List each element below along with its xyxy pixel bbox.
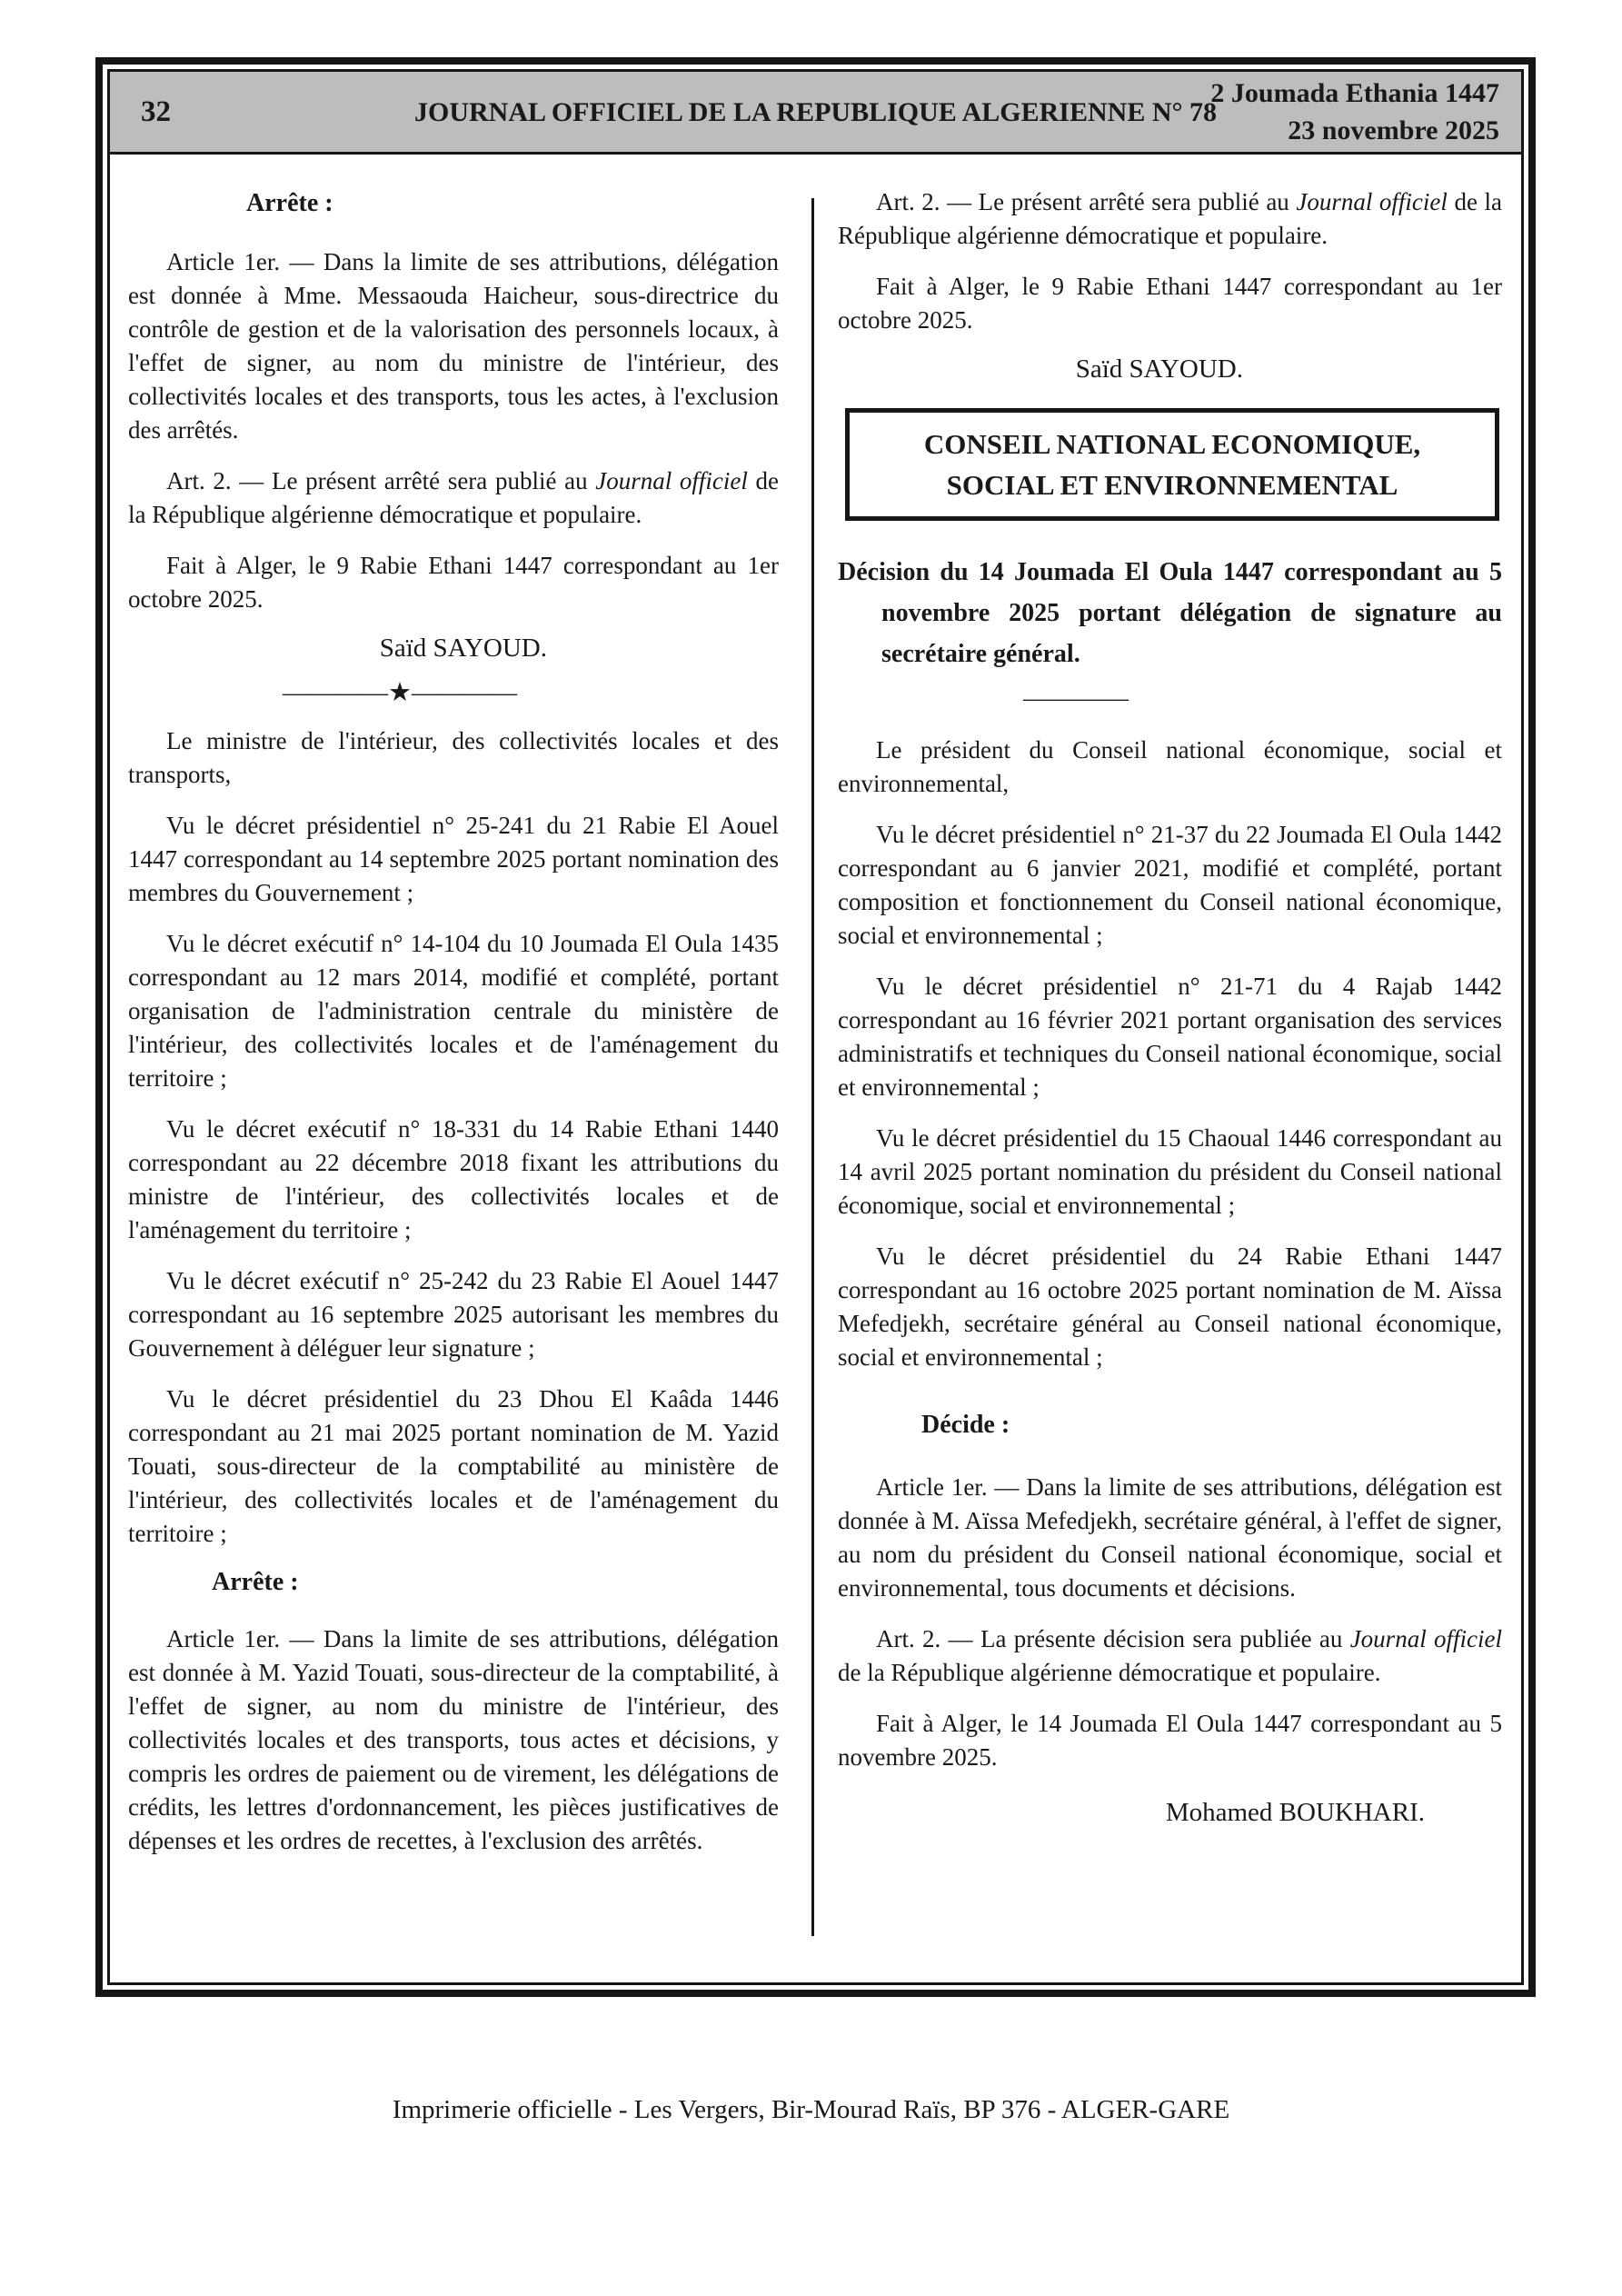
arrete-heading: Arrête : — [212, 1568, 779, 1597]
journal-page: 32 JOURNAL OFFICIEL DE LA REPUBLIQUE ALG… — [0, 0, 1622, 2296]
hijri-date: 2 Joumada Ethania 1447 — [1210, 75, 1499, 112]
fait-a-alger-paragraph: Fait à Alger, le 14 Joumada El Oula 1447… — [838, 1707, 1502, 1774]
article-2-text: Art. 2. — La présente décision sera publ… — [876, 1625, 1350, 1652]
article-2-text-end: de la République algérienne démocratique… — [838, 1659, 1381, 1686]
vu-paragraph: Vu le décret présidentiel du 23 Dhou El … — [128, 1383, 779, 1551]
vu-paragraph: Vu le décret présidentiel du 15 Chaoual … — [838, 1122, 1502, 1223]
signature-boukhari: Mohamed BOUKHARI. — [838, 1798, 1502, 1828]
vu-paragraph: Vu le décret présidentiel du 24 Rabie Et… — [838, 1240, 1502, 1374]
decide-heading: Décide : — [921, 1411, 1502, 1440]
signature-sayoud: Saïd SAYOUD. — [838, 354, 1502, 384]
column-divider — [811, 198, 814, 1936]
article-1-paragraph: Article 1er. — Dans la limite de ses att… — [838, 1471, 1502, 1605]
vu-paragraph: Vu le décret exécutif n° 18-331 du 14 Ra… — [128, 1113, 779, 1247]
page-frame-inner: 32 JOURNAL OFFICIEL DE LA REPUBLIQUE ALG… — [107, 69, 1524, 1985]
journal-officiel-italic: Journal officiel — [595, 467, 748, 494]
masthead-dates: 2 Joumada Ethania 1447 23 novembre 2025 — [1210, 75, 1499, 149]
gregorian-date: 23 novembre 2025 — [1210, 112, 1499, 149]
journal-officiel-italic: Journal officiel — [1350, 1625, 1502, 1652]
council-title-line1: CONSEIL NATIONAL ECONOMIQUE, — [859, 424, 1486, 464]
separator-dashes: ———— — [412, 678, 517, 707]
vu-paragraph: Vu le décret présidentiel n° 21-71 du 4 … — [838, 970, 1502, 1104]
fait-a-alger-paragraph: Fait à Alger, le 9 Rabie Ethani 1447 cor… — [838, 270, 1502, 337]
article-2-paragraph: Art. 2. — Le présent arrêté sera publié … — [128, 464, 779, 532]
article-2-text: Art. 2. — Le présent arrêté sera publié … — [876, 188, 1296, 215]
left-column: Arrête : Article 1er. — Dans la limite d… — [128, 185, 779, 1977]
article-2-text: Art. 2. — Le présent arrêté sera publié … — [166, 467, 595, 494]
signature-sayoud: Saïd SAYOUD. — [128, 634, 779, 664]
right-column: Art. 2. — Le présent arrêté sera publié … — [838, 185, 1502, 1977]
imprint-footer: Imprimerie officielle - Les Vergers, Bir… — [0, 2095, 1622, 2125]
vu-paragraph: Vu le décret exécutif n° 14-104 du 10 Jo… — [128, 927, 779, 1095]
fait-a-alger-paragraph: Fait à Alger, le 9 Rabie Ethani 1447 cor… — [128, 549, 779, 616]
decision-title: Décision du 14 Joumada El Oula 1447 corr… — [838, 552, 1502, 674]
journal-masthead: 32 JOURNAL OFFICIEL DE LA REPUBLIQUE ALG… — [110, 72, 1521, 155]
article-2-paragraph: Art. 2. — La présente décision sera publ… — [838, 1622, 1502, 1690]
star-icon: ★ — [388, 678, 412, 707]
president-intro-paragraph: Le président du Conseil national économi… — [838, 734, 1502, 801]
body-area: Arrête : Article 1er. — Dans la limite d… — [110, 155, 1521, 1982]
vu-paragraph: Vu le décret exécutif n° 25-242 du 23 Ra… — [128, 1264, 779, 1365]
arrete-heading: Arrête : — [246, 189, 779, 218]
vu-paragraph: Vu le décret présidentiel n° 25-241 du 2… — [128, 809, 779, 910]
article-1-paragraph: Article 1er. — Dans la limite de ses att… — [128, 245, 779, 447]
journal-officiel-italic: Journal officiel — [1296, 188, 1448, 215]
separator-dashes: ———— — [283, 678, 388, 707]
vu-paragraph: Vu le décret présidentiel n° 21-37 du 22… — [838, 818, 1502, 953]
dash-separator: ———— — [1023, 684, 1502, 714]
page-frame: 32 JOURNAL OFFICIEL DE LA REPUBLIQUE ALG… — [95, 57, 1536, 1997]
star-separator: ————★———— — [283, 676, 779, 708]
article-2-paragraph: Art. 2. — Le présent arrêté sera publié … — [838, 185, 1502, 253]
council-title-box: CONSEIL NATIONAL ECONOMIQUE, SOCIAL ET E… — [845, 408, 1499, 521]
minister-intro-paragraph: Le ministre de l'intérieur, des collecti… — [128, 724, 779, 792]
council-title-line2: SOCIAL ET ENVIRONNEMENTAL — [859, 464, 1486, 505]
article-1-paragraph: Article 1er. — Dans la limite de ses att… — [128, 1622, 779, 1858]
